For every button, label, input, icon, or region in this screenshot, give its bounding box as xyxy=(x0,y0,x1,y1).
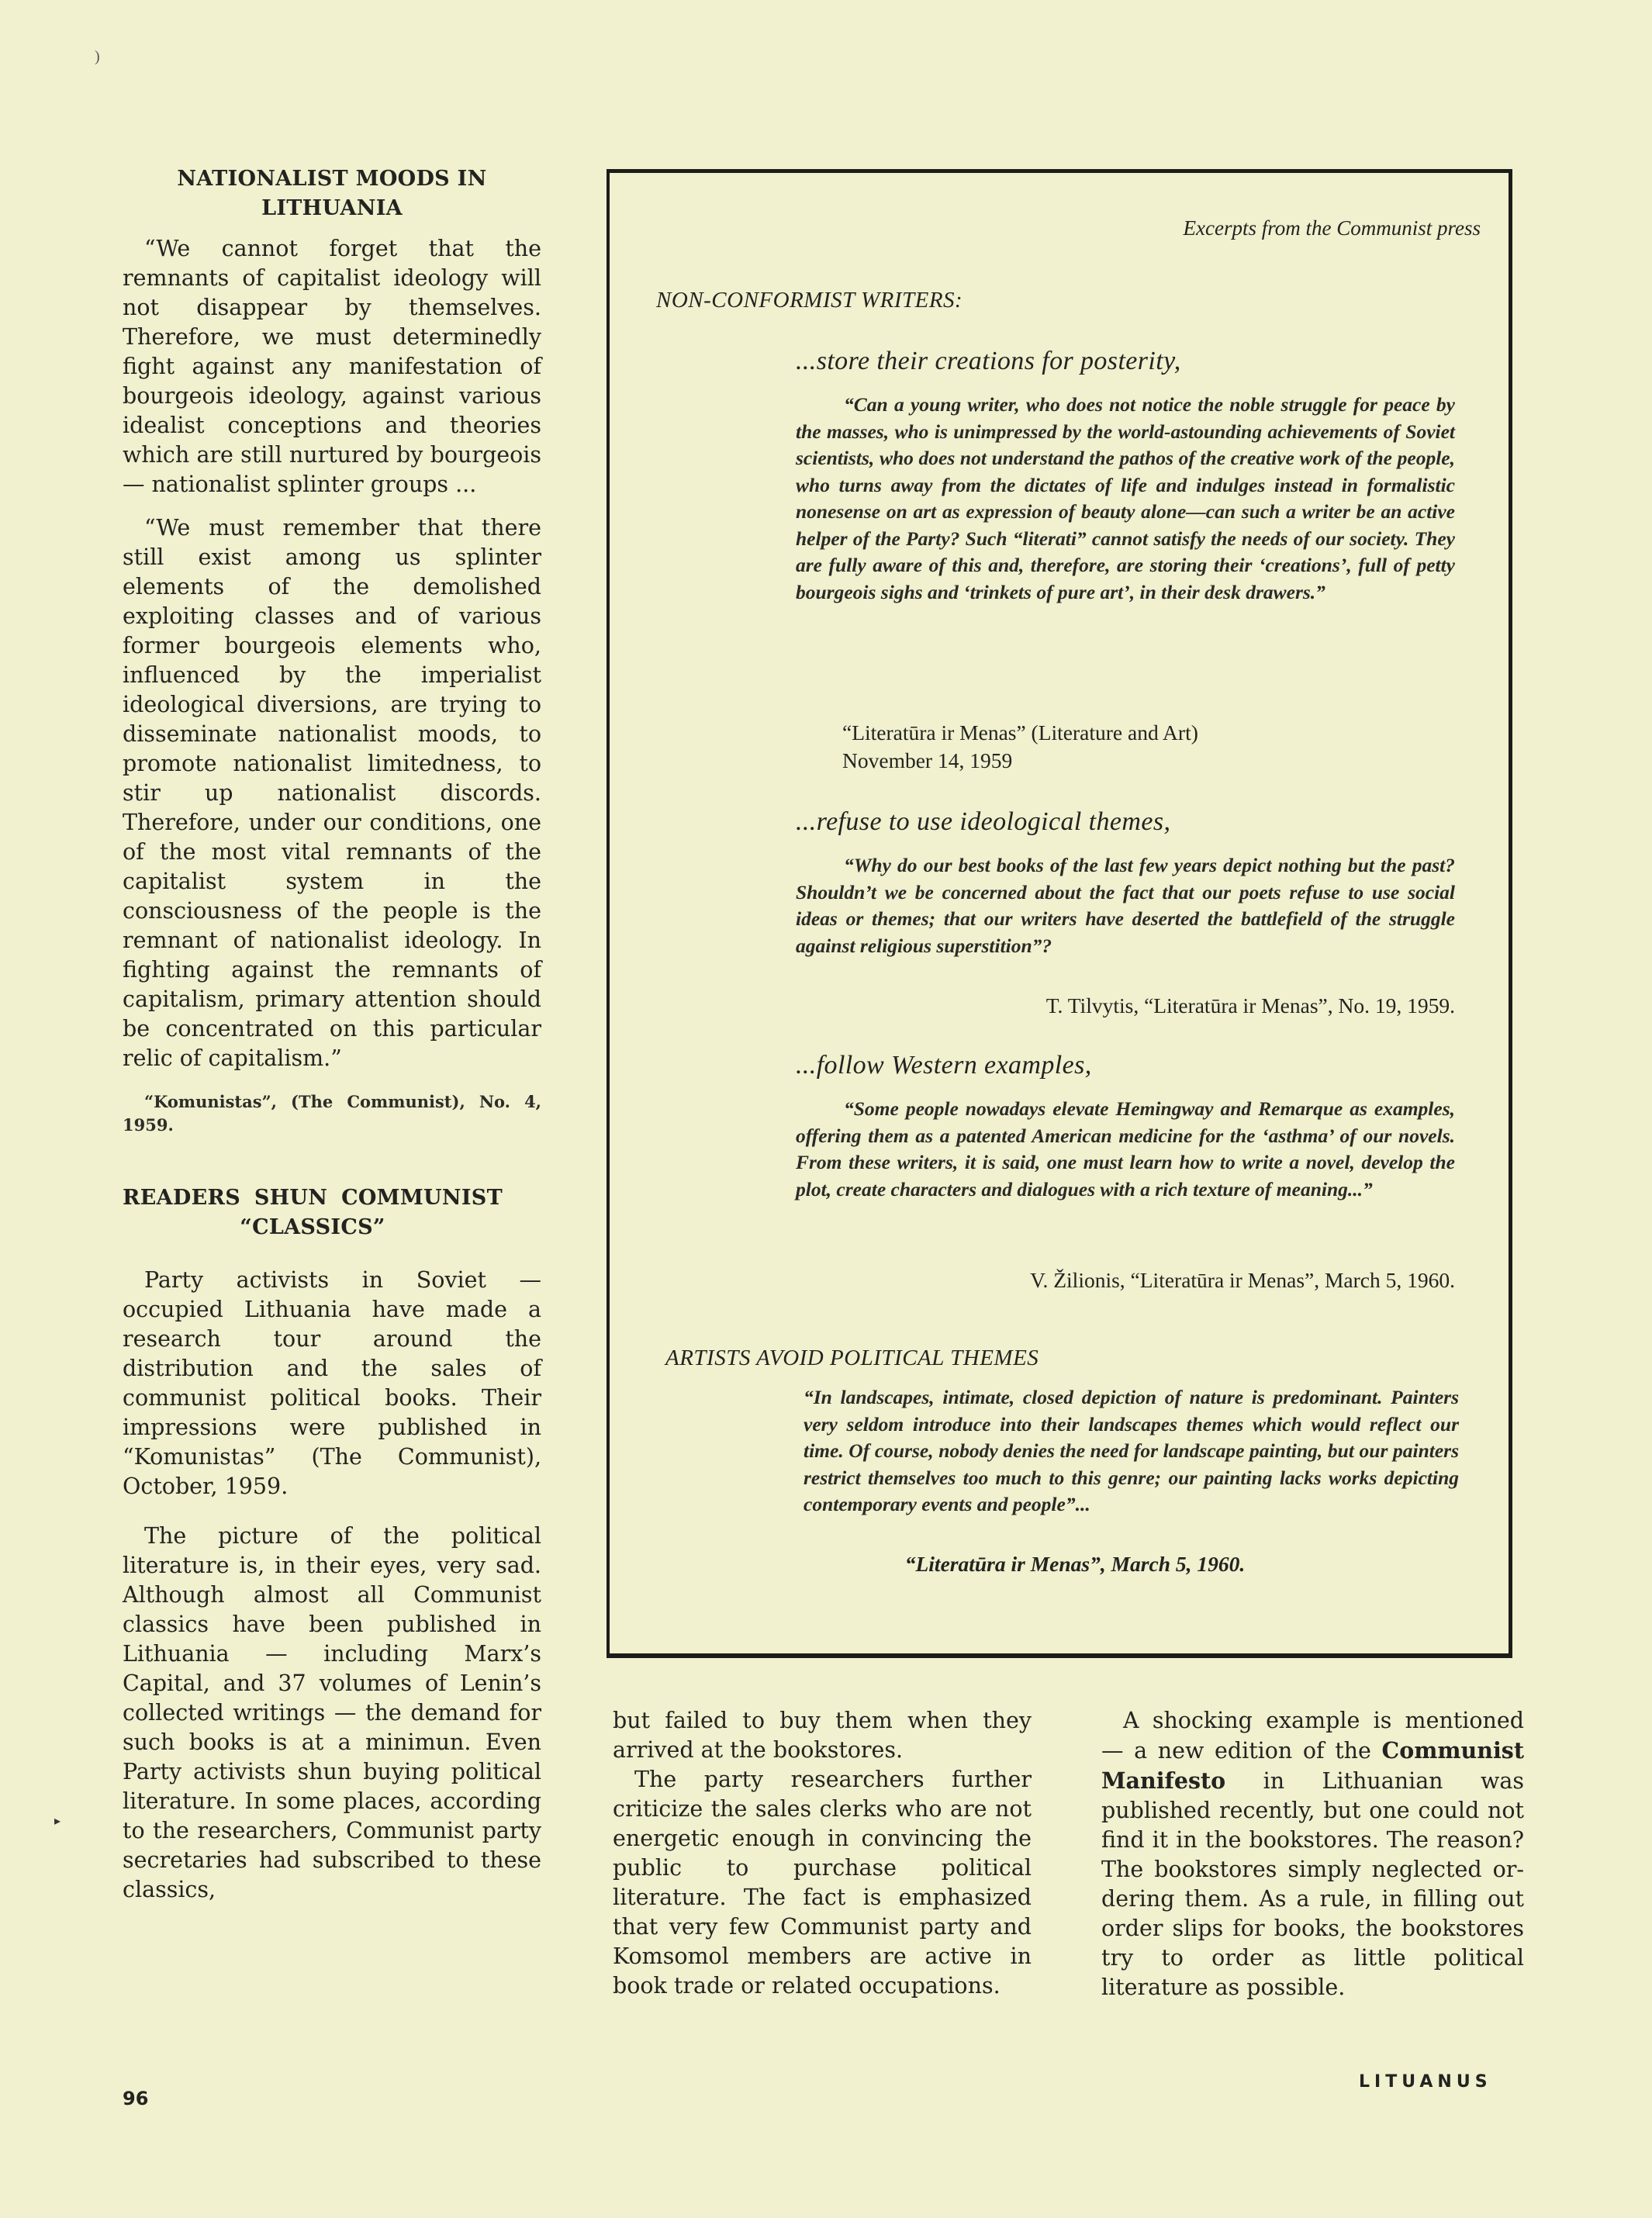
source-line: “Literatūra ir Menas” (Literature and Ar… xyxy=(842,719,1198,747)
article-nationalist-moods: NATIONALIST MOODS IN LITHUANIA “We canno… xyxy=(123,164,541,1137)
right-column: A shocking example is men­tioned — a new… xyxy=(1101,1706,1524,2002)
subheading-refuse-themes: ...refuse to use ideological themes, xyxy=(796,806,1170,838)
quote-western-examples: “Some people nowadays elevate Hemingway … xyxy=(796,1096,1455,1203)
source-line: “Literatūra ir Menas”, March 5, 1960. xyxy=(804,1550,1346,1578)
quote-store-creations: “Can a young writer, who does not notice… xyxy=(796,392,1455,606)
excerpt-kicker: Excerpts from the Communist press xyxy=(1184,215,1481,241)
article-paragraph: The party researchers further criticize … xyxy=(613,1765,1032,2001)
quote-refuse-themes: “Why do our best books of the last few y… xyxy=(796,852,1455,959)
quote-artists: “In landscapes, intimate, closed depicti… xyxy=(804,1384,1459,1518)
margin-mark-top: ) xyxy=(95,48,100,66)
article-paragraph: but failed to buy them when they arrived… xyxy=(613,1706,1032,1765)
article-readers-shun-classics: READERS SHUN COMMUNIST “CLASSICS” Party … xyxy=(123,1183,541,1905)
middle-column: but failed to buy them when they arrived… xyxy=(613,1706,1032,2001)
article-paragraph: “We cannot forget that the remnants of c… xyxy=(123,234,541,499)
journal-name: LITUANUS xyxy=(1359,2072,1492,2092)
text-run: in Lithu­anian was published recently, b… xyxy=(1101,1768,1524,2000)
section-heading-artists: ARTISTS AVOID POLITICAL THEMES xyxy=(665,1344,1039,1372)
margin-arrow-icon: ▸ xyxy=(54,1813,60,1829)
section-heading-nonconformist: NON-CONFORMIST WRITERS: xyxy=(656,286,963,314)
article-source: “Komunistas”, (The Communist), No. 4, 19… xyxy=(123,1090,541,1137)
article-paragraph: A shocking example is men­tioned — a new… xyxy=(1101,1706,1524,2002)
subheading-western-examples: ...follow Western examples, xyxy=(796,1049,1092,1082)
source-line: V. Žilionis, “Literatūra ir Menas”, Marc… xyxy=(796,1266,1455,1294)
source-line: November 14, 1959 xyxy=(842,747,1012,775)
page-number: 96 xyxy=(123,2088,148,2109)
article-paragraph: “We must remember that there still exist… xyxy=(123,513,541,1073)
subheading-store-creations: ...store their creations for posterity, xyxy=(796,345,1181,378)
article-title: NATIONALIST MOODS IN LITHUANIA xyxy=(123,164,541,223)
article-title: READERS SHUN COMMUNIST “CLASSICS” xyxy=(123,1183,541,1242)
left-column: NATIONALIST MOODS IN LITHUANIA “We canno… xyxy=(123,164,541,1905)
excerpt-box: Excerpts from the Communist press NON-CO… xyxy=(607,169,1512,1658)
article-paragraph: The picture of the political literature … xyxy=(123,1522,541,1905)
article-paragraph: Party activists in Soviet — occupied Lit… xyxy=(123,1266,541,1501)
source-line: T. Tilvytis, “Literatūra ir Menas”, No. … xyxy=(796,992,1455,1020)
